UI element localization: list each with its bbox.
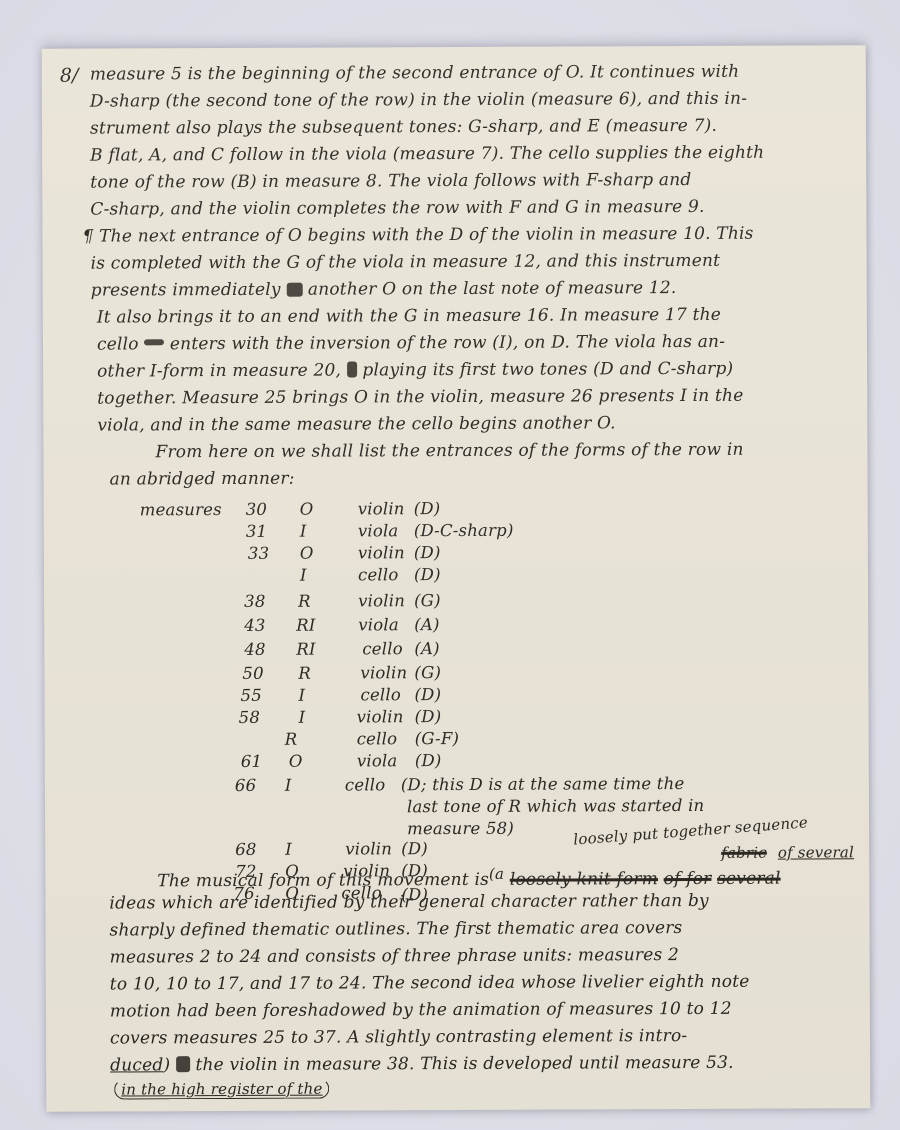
struck-text: of for bbox=[664, 869, 712, 889]
table-instrument: viola bbox=[358, 521, 399, 540]
table-instrument: cello bbox=[357, 729, 398, 748]
text-line: viola, and in the same measure the cello… bbox=[97, 413, 615, 435]
text-fragment: the violin in measure 38. This is develo… bbox=[195, 1053, 733, 1075]
text-line: duced) the violin in measure 38. This is… bbox=[110, 1053, 734, 1076]
text-line: strument also plays the subsequent tones… bbox=[90, 116, 717, 139]
text-line: ¶ The next entrance of O begins with the… bbox=[82, 224, 753, 247]
text-line: sharply defined thematic outlines. The f… bbox=[109, 918, 682, 940]
table-instrument: cello bbox=[360, 685, 401, 704]
table-form: R bbox=[298, 592, 311, 611]
table-tone: (G) bbox=[414, 663, 441, 682]
text-line: covers measures 25 to 37. A slightly con… bbox=[110, 1026, 687, 1049]
table-tone: (D) bbox=[414, 499, 441, 518]
table-form: R bbox=[298, 664, 311, 683]
table-measure: 38 bbox=[244, 592, 265, 611]
table-instrument: violin bbox=[357, 707, 404, 726]
inserted-text: fabric of several bbox=[721, 843, 854, 862]
text-line: It also brings it to an end with the G i… bbox=[97, 305, 721, 328]
text-line: to 10, 10 to 17, and 17 to 24. The secon… bbox=[110, 972, 750, 995]
ink-blot bbox=[176, 1056, 190, 1072]
table-tone: (A) bbox=[414, 615, 439, 634]
text-fragment: other I-form in measure 20, bbox=[97, 360, 341, 381]
table-tone: (D) bbox=[414, 543, 441, 562]
ink-blot bbox=[347, 361, 357, 377]
table-instrument: violin bbox=[358, 499, 405, 518]
table-form: O bbox=[300, 544, 314, 563]
text-line: is completed with the G of the viola in … bbox=[91, 251, 721, 274]
text-line: The musical form of this movement is(a l… bbox=[157, 864, 780, 892]
table-tone-continued: measure 58) bbox=[407, 819, 514, 838]
table-measure: 43 bbox=[244, 616, 265, 635]
text-line: an abridged manner: bbox=[110, 469, 295, 490]
text-fragment: The musical form of this movement is bbox=[157, 870, 489, 891]
table-instrument: violin bbox=[360, 663, 407, 682]
text-line: D-sharp (the second tone of the row) in … bbox=[90, 89, 747, 112]
table-tone: (A) bbox=[414, 639, 439, 658]
table-tone: (D) bbox=[414, 685, 441, 704]
text-line: measure 5 is the beginning of the second… bbox=[90, 62, 740, 85]
table-form: I bbox=[285, 776, 292, 795]
table-tone: (D) bbox=[415, 707, 442, 726]
table-form: R bbox=[285, 730, 298, 749]
text-line: measures 2 to 24 and consists of three p… bbox=[110, 945, 679, 967]
text-line: tone of the row (B) in measure 8. The vi… bbox=[90, 170, 691, 193]
table-instrument: viola bbox=[358, 615, 399, 634]
table-instrument: violin bbox=[345, 839, 392, 858]
table-instrument: violin bbox=[358, 591, 405, 610]
table-measure: 50 bbox=[242, 664, 263, 683]
table-tone: (G-F) bbox=[415, 729, 459, 748]
table-instrument: cello bbox=[358, 565, 399, 584]
table-form: O bbox=[300, 500, 314, 519]
table-tone: (G) bbox=[414, 591, 441, 610]
table-tone: (D) bbox=[401, 839, 428, 858]
ink-blot bbox=[286, 283, 302, 297]
table-instrument: cello bbox=[345, 775, 386, 794]
text-fragment: presents immediately bbox=[91, 280, 281, 301]
page-number: 8/ bbox=[60, 65, 79, 87]
table-form: I bbox=[285, 840, 292, 859]
table-form: O bbox=[289, 752, 303, 771]
text-line: From here on we shall list the entrances… bbox=[155, 440, 743, 463]
circled-insertion: in the high register of the bbox=[114, 1080, 329, 1099]
insert-phrase: of several bbox=[778, 843, 854, 861]
text-fragment: cello bbox=[97, 334, 139, 354]
table-form: I bbox=[300, 522, 307, 541]
struck-text: loosely knit form bbox=[510, 869, 658, 890]
text-fragment: playing its first two tones (D and C-sha… bbox=[362, 359, 733, 381]
table-form: I bbox=[298, 686, 305, 705]
table-measure: 48 bbox=[244, 640, 265, 659]
text-line: together. Measure 25 brings O in the vio… bbox=[97, 386, 743, 409]
manuscript-page: 8/ measure 5 is the beginning of the sec… bbox=[42, 45, 871, 1112]
struck-word: fabric bbox=[721, 844, 767, 862]
text-line: presents immediately another O on the la… bbox=[91, 278, 677, 301]
table-tone: (D; this D is at the same time the bbox=[401, 774, 685, 794]
table-label: measures bbox=[140, 500, 222, 519]
text-line: C-sharp, and the violin completes the ro… bbox=[90, 197, 704, 220]
text-line: motion had been foreshadowed by the anim… bbox=[110, 999, 732, 1022]
text-line: B flat, A, and C follow in the viola (me… bbox=[90, 143, 764, 166]
table-instrument: violin bbox=[358, 543, 405, 562]
circled-text: in the high register of the bbox=[114, 1079, 329, 1100]
table-measure: 30 bbox=[246, 500, 267, 519]
table-form: I bbox=[300, 566, 307, 585]
table-measure: 68 bbox=[235, 840, 256, 859]
table-form: RI bbox=[296, 640, 315, 659]
insert-mark: (a bbox=[489, 865, 504, 883]
table-measure: 33 bbox=[248, 544, 269, 563]
table-measure: 66 bbox=[235, 776, 256, 795]
table-form: I bbox=[299, 708, 306, 727]
text-line: ideas which are identified by their gene… bbox=[109, 891, 708, 914]
table-measure: 55 bbox=[240, 686, 261, 705]
text-line: other I-form in measure 20, playing its … bbox=[97, 359, 733, 382]
table-measure: 61 bbox=[241, 752, 262, 771]
text-fragment: duced bbox=[110, 1055, 163, 1075]
table-tone: (D) bbox=[414, 565, 441, 584]
table-measure: 31 bbox=[246, 522, 267, 541]
table-instrument: viola bbox=[357, 751, 398, 770]
table-tone-continued: last tone of R which was started in bbox=[407, 796, 704, 816]
struck-text: several bbox=[717, 869, 781, 889]
table-measure: 58 bbox=[239, 708, 260, 727]
table-tone: (D-C-sharp) bbox=[414, 521, 514, 540]
ink-blot bbox=[144, 339, 164, 345]
table-form: RI bbox=[296, 616, 315, 635]
text-line: cello enters with the inversion of the r… bbox=[97, 332, 725, 355]
text-fragment: another O on the last note of measure 12… bbox=[308, 278, 677, 300]
table-tone: (D) bbox=[415, 751, 442, 770]
text-fragment: enters with the inversion of the row (I)… bbox=[170, 332, 725, 354]
table-instrument: cello bbox=[362, 639, 403, 658]
